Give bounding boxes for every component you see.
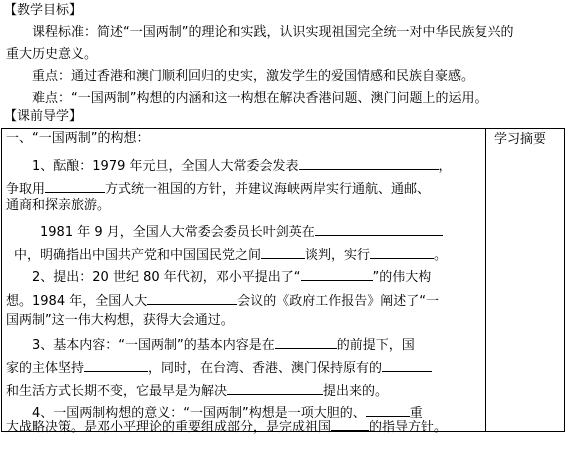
text: 提出来的。: [323, 384, 388, 399]
text: 1、酝酿：1979 年元旦，全国人大常委会发表: [32, 159, 299, 174]
text: 中，明确指出中国共产党和中国国民党之间: [14, 248, 261, 263]
text: 想。1984 年，全国人大: [6, 294, 147, 309]
text: ”的伟大构: [373, 270, 432, 285]
text: 争取用: [6, 182, 45, 197]
para1-line1: 1、酝酿：1979 年元旦，全国人大常委会发表，: [32, 155, 452, 176]
text: 的前提下，国: [337, 338, 415, 353]
section-title-objectives: 【教学目标】: [4, 2, 82, 20]
blank: [299, 155, 439, 170]
text: 和生活方式长期不变，它最早是为解决: [6, 384, 227, 399]
notes-cell: 学习摘要: [485, 128, 565, 432]
difficulty-point: 难点：“一国两制”构想的内涵和这一构想在解决香港问题、澳门问题上的运用。: [32, 90, 487, 108]
heading-concept: 一、“一国两制”的构想：: [6, 130, 149, 148]
text: 会议的《政府工作报告》阐述了“一: [237, 294, 439, 309]
blank: [147, 290, 237, 305]
text: 1981 年 9 月，全国人大常委会委员长叶剑英在: [40, 225, 315, 240]
text: 的指导方针。: [369, 420, 447, 435]
text: 谈判，实行: [305, 248, 370, 263]
para1-line3: 通商和探亲旅游。: [6, 197, 110, 215]
para2-line3: 国两制”这一伟大构想，获得大会通过。: [6, 312, 234, 330]
key-point: 重点：通过香港和澳门顺利回归的史实，激发学生的爱国情感和民族自豪感。: [32, 68, 474, 86]
notes-header: 学习摘要: [494, 131, 546, 149]
blank: [45, 178, 105, 193]
blank: [84, 357, 148, 372]
text: 方式统一祖国的方针，并建议海峡两岸实行通航、通邮、: [105, 182, 430, 197]
blank: [275, 334, 337, 349]
para2-line2: 想。1984 年，全国人大会议的《政府工作报告》阐述了“一: [6, 290, 439, 311]
course-standard-line2: 重大历史意义。: [6, 46, 97, 64]
text: 家的主体坚持: [6, 361, 84, 376]
para3-line1: 3、基本内容：“一国两制”的基本内容是在的前提下，国: [32, 334, 415, 355]
text: 大战略决策。是邓小平理论的重要组成部分，是完成祖国: [6, 420, 331, 435]
course-standard-line1: 课程标准：简述“一国两制”的理论和实践，认识实现祖国完全统一对中华民族复兴的: [32, 24, 513, 42]
blank: [227, 380, 323, 395]
blank: [370, 244, 434, 259]
text: ，同时，在台湾、香港、澳门保持原有的: [148, 361, 382, 376]
text: 3、基本内容：“一国两制”的基本内容是在: [32, 338, 275, 353]
text: ，: [439, 159, 452, 174]
para3-line2: 家的主体坚持，同时，在台湾、香港、澳门保持原有的: [6, 357, 432, 378]
para2-line1: 2、提出：20 世纪 80 年代初，邓小平提出了“”的伟大构: [32, 266, 431, 287]
section-title-preview: 【课前导学】: [4, 108, 82, 126]
blank: [261, 244, 305, 259]
blank: [382, 357, 432, 372]
blank: [315, 221, 443, 236]
blank: [331, 416, 369, 431]
para3-line3: 和生活方式长期不变，它最早是为解决提出来的。: [6, 380, 388, 401]
para4-line2: 大战略决策。是邓小平理论的重要组成部分，是完成祖国的指导方针。: [6, 416, 447, 437]
blank: [366, 402, 410, 417]
para1-line4: 1981 年 9 月，全国人大常委会委员长叶剑英在: [40, 221, 443, 242]
para1-line2: 争取用方式统一祖国的方针，并建议海峡两岸实行通航、通邮、: [6, 178, 430, 199]
text: 2、提出：20 世纪 80 年代初，邓小平提出了“: [32, 270, 301, 285]
blank: [301, 266, 373, 281]
text: 。: [434, 248, 447, 263]
para1-line5: 中，明确指出中国共产党和中国国民党之间谈判，实行。: [14, 244, 447, 265]
